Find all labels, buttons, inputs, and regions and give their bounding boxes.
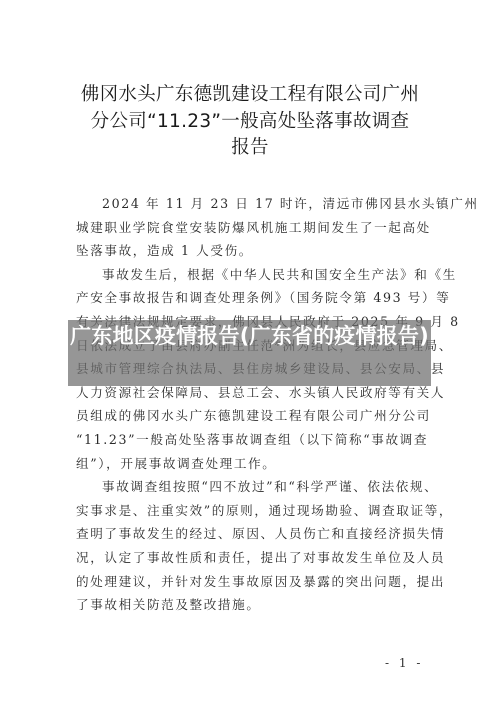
text-line: 况，认定了事故性质和责任，提出了对事故发生单位及人员	[76, 546, 428, 570]
title-line: 佛冈水头广东德凯建设工程有限公司广州	[60, 82, 440, 109]
text-line: 组”），开展事故调查处理工作。	[76, 452, 428, 476]
text-line: 2024 年 11 月 23 日 17 时许，清远市佛冈县水头镇广州	[76, 192, 428, 216]
paragraph-investigation-principles: 事故调查组按照“四不放过”和“科学严谨、依法依规、 实事求是、注重实效”的原则，…	[76, 475, 428, 617]
text-line: “11.23”一般高处坠落事故调查组（以下简称“事故调查	[76, 428, 428, 452]
text-line: 的处理建议，并针对发生事故原因及暴露的突出问题，提出	[76, 570, 428, 594]
text-line: 事故调查组按照“四不放过”和“科学严谨、依法依规、	[76, 475, 428, 499]
text-line: 产安全事故报告和调查处理条例》（国务院令第 493 号）等	[76, 286, 428, 310]
text-line: 员组成的佛冈水头广东德凯建设工程有限公司广州分公司	[76, 404, 428, 428]
text-line: 事故发生后，根据《中华人民共和国安全生产法》和《生	[76, 263, 428, 287]
title-line: 分公司“11.23”一般高处坠落事故调查	[60, 109, 440, 136]
title-line: 报告	[60, 135, 440, 162]
overlay-headline: 广东地区疫情报告(广东省的疫情报告)	[68, 324, 431, 349]
text-line: 坠落事故，造成 1 人受伤。	[76, 239, 428, 263]
text-line: 查明了事故发生的经过、原因、人员伤亡和直接经济损失情	[76, 522, 428, 546]
document-title: 佛冈水头广东德凯建设工程有限公司广州 分公司“11.23”一般高处坠落事故调查 …	[60, 82, 440, 162]
page-number: - 1 -	[385, 656, 423, 670]
text-line: 城建职业学院食堂安装防爆风机施工期间发生了一起高处	[76, 216, 428, 240]
text-line: 了事故相关防范及整改措施。	[76, 593, 428, 617]
document-body: 2024 年 11 月 23 日 17 时许，清远市佛冈县水头镇广州 城建职业学…	[76, 192, 428, 617]
text-line: 实事求是、注重实效”的原则，通过现场勘验、调查取证等，	[76, 499, 428, 523]
paragraph-incident-summary: 2024 年 11 月 23 日 17 时许，清远市佛冈县水头镇广州 城建职业学…	[76, 192, 428, 263]
